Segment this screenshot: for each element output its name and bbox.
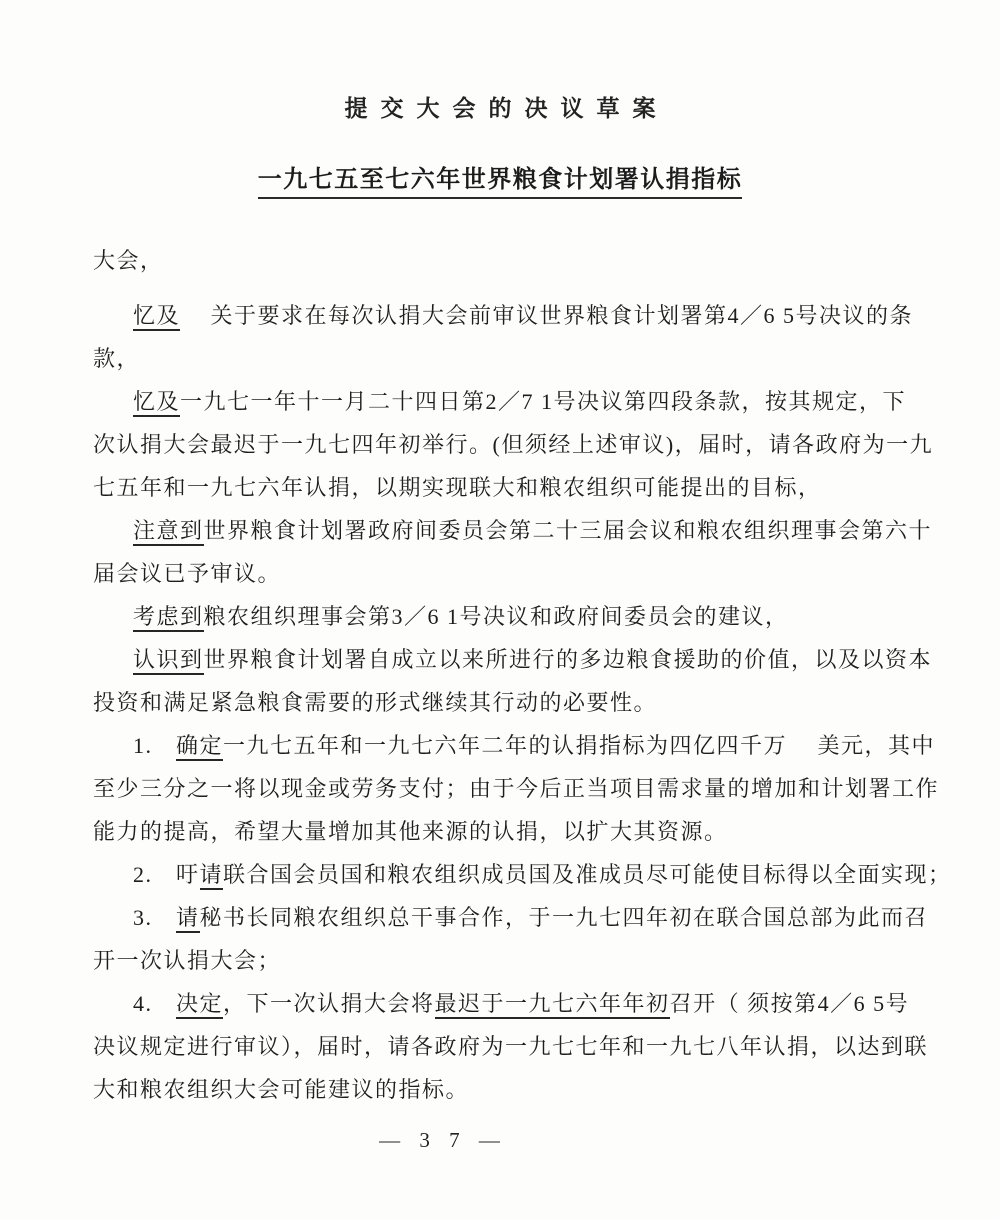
text-run: 4. xyxy=(133,991,176,1016)
text-run: 世界粮食计划署政府间委员会第二十三届会议和粮农组织理事会第六十 xyxy=(204,518,933,543)
text-line: 注意到世界粮食计划署政府间委员会第二十三届会议和粮农组织理事会第六十 xyxy=(93,509,960,552)
text-line: 认识到世界粮食计划署自成立以来所进行的多边粮食援助的价值，以及以资本 xyxy=(93,638,960,681)
text-line: 大会， xyxy=(93,239,960,282)
text-run: 3. xyxy=(133,905,176,930)
underlined-text: 请 xyxy=(176,905,200,933)
text-run: 决议规定进行审议），届时，请各政府为一九七七年和一九七八年认捐，以达到联 xyxy=(93,1034,928,1059)
document-title: 提交大会的决议草案 xyxy=(0,0,1000,123)
text-line: 款， xyxy=(93,337,960,380)
text-line: 忆及一九七一年十一月二十四日第2／7 1号决议第四段条款，按其规定，下 xyxy=(93,380,960,423)
text-run: 大和粮农组织大会可能建议的指标。 xyxy=(93,1077,469,1102)
text-run: 秘书长同粮农组织总干事合作，于一九七四年初在联合国总部为此而召 xyxy=(200,905,929,930)
underlined-text: 确定 xyxy=(176,733,223,761)
page-number: — 3 7 — xyxy=(0,1128,886,1153)
text-run: 关于要求在每次认捐大会前审议世界粮食计划署第4／6 5号决议的条 xyxy=(180,303,913,328)
text-run: 开一次认捐大会； xyxy=(93,948,281,973)
text-line: 次认捐大会最迟于一九七四年初举行。(但须经上述审议)，届时，请各政府为一九 xyxy=(93,423,960,466)
text-run: 1. xyxy=(133,733,176,758)
underlined-text: 注意到 xyxy=(133,518,204,546)
underlined-text: 最迟于一九七六年年初 xyxy=(435,991,670,1019)
text-run: 召开（ 须按第4／6 5号 xyxy=(670,991,910,1016)
text-line: 至少三分之一将以现金或劳务支付；由于今后正当项目需求量的增加和计划署工作 xyxy=(93,767,960,810)
underlined-text: 忆及 xyxy=(133,303,180,331)
underlined-text: 决定 xyxy=(176,991,223,1019)
text-run: 七五年和一九七六年认捐，以期实现联大和粮农组织可能提出的目标， xyxy=(93,475,822,500)
text-line: 能力的提高，希望大量增加其他来源的认捐，以扩大其资源。 xyxy=(93,810,960,853)
text-run: 届会议已予审议。 xyxy=(93,561,281,586)
text-line: 1. 确定一九七五年和一九七六年二年的认捐指标为四亿四千万 美元，其中 xyxy=(93,724,960,767)
text-line: 4. 决定，下一次认捐大会将最迟于一九七六年年初召开（ 须按第4／6 5号 xyxy=(93,982,960,1025)
document-subtitle-wrap: 一九七五至七六年世界粮食计划署认捐指标 xyxy=(0,159,1000,199)
underlined-text: 请 xyxy=(200,862,224,890)
text-run: 款， xyxy=(93,346,140,371)
text-run: 2. 吁 xyxy=(133,862,200,887)
text-line: 考虑到粮农组织理事会第3／6 1号决议和政府间委员会的建议， xyxy=(93,595,960,638)
underlined-text: 认识到 xyxy=(133,647,204,675)
text-run: 世界粮食计划署自成立以来所进行的多边粮食援助的价值，以及以资本 xyxy=(204,647,933,672)
underlined-text: 忆及 xyxy=(133,389,180,417)
text-run: 大会， xyxy=(93,248,164,273)
text-run: 一九七五年和一九七六年二年的认捐指标为四亿四千万 美元，其中 xyxy=(223,733,935,758)
text-run: 粮农组织理事会第3／6 1号决议和政府间委员会的建议， xyxy=(204,604,789,629)
text-line: 投资和满足紧急粮食需要的形式继续其行动的必要性。 xyxy=(93,681,960,724)
text-run: 次认捐大会最迟于一九七四年初举行。(但须经上述审议)，届时，请各政府为一九 xyxy=(93,432,933,457)
text-line: 2. 吁请联合国会员国和粮农组织成员国及准成员尽可能使目标得以全面实现； xyxy=(93,853,960,896)
text-line: 七五年和一九七六年认捐，以期实现联大和粮农组织可能提出的目标， xyxy=(93,466,960,509)
text-run: 一九七一年十一月二十四日第2／7 1号决议第四段条款，按其规定，下 xyxy=(180,389,906,414)
text-run: 至少三分之一将以现金或劳务支付；由于今后正当项目需求量的增加和计划署工作 xyxy=(93,776,939,801)
document-body: 大会，忆及 关于要求在每次认捐大会前审议世界粮食计划署第4／6 5号决议的条款，… xyxy=(93,239,960,1111)
text-line: 决议规定进行审议），届时，请各政府为一九七七年和一九七八年认捐，以达到联 xyxy=(93,1025,960,1068)
text-line: 届会议已予审议。 xyxy=(93,552,960,595)
text-run: 联合国会员国和粮农组织成员国及准成员尽可能使目标得以全面实现； xyxy=(223,862,952,887)
document-subtitle: 一九七五至七六年世界粮食计划署认捐指标 xyxy=(258,159,743,199)
text-run: 能力的提高，希望大量增加其他来源的认捐，以扩大其资源。 xyxy=(93,819,728,844)
text-line: 大和粮农组织大会可能建议的指标。 xyxy=(93,1068,960,1111)
scanned-document-page: 提交大会的决议草案 一九七五至七六年世界粮食计划署认捐指标 大会，忆及 关于要求… xyxy=(0,0,1000,1220)
text-line: 开一次认捐大会； xyxy=(93,939,960,982)
text-run: ，下一次认捐大会将 xyxy=(223,991,435,1016)
text-run: 投资和满足紧急粮食需要的形式继续其行动的必要性。 xyxy=(93,690,657,715)
underlined-text: 考虑到 xyxy=(133,604,204,632)
text-line: 忆及 关于要求在每次认捐大会前审议世界粮食计划署第4／6 5号决议的条 xyxy=(93,294,960,337)
text-line: 3. 请秘书长同粮农组织总干事合作，于一九七四年初在联合国总部为此而召 xyxy=(93,896,960,939)
